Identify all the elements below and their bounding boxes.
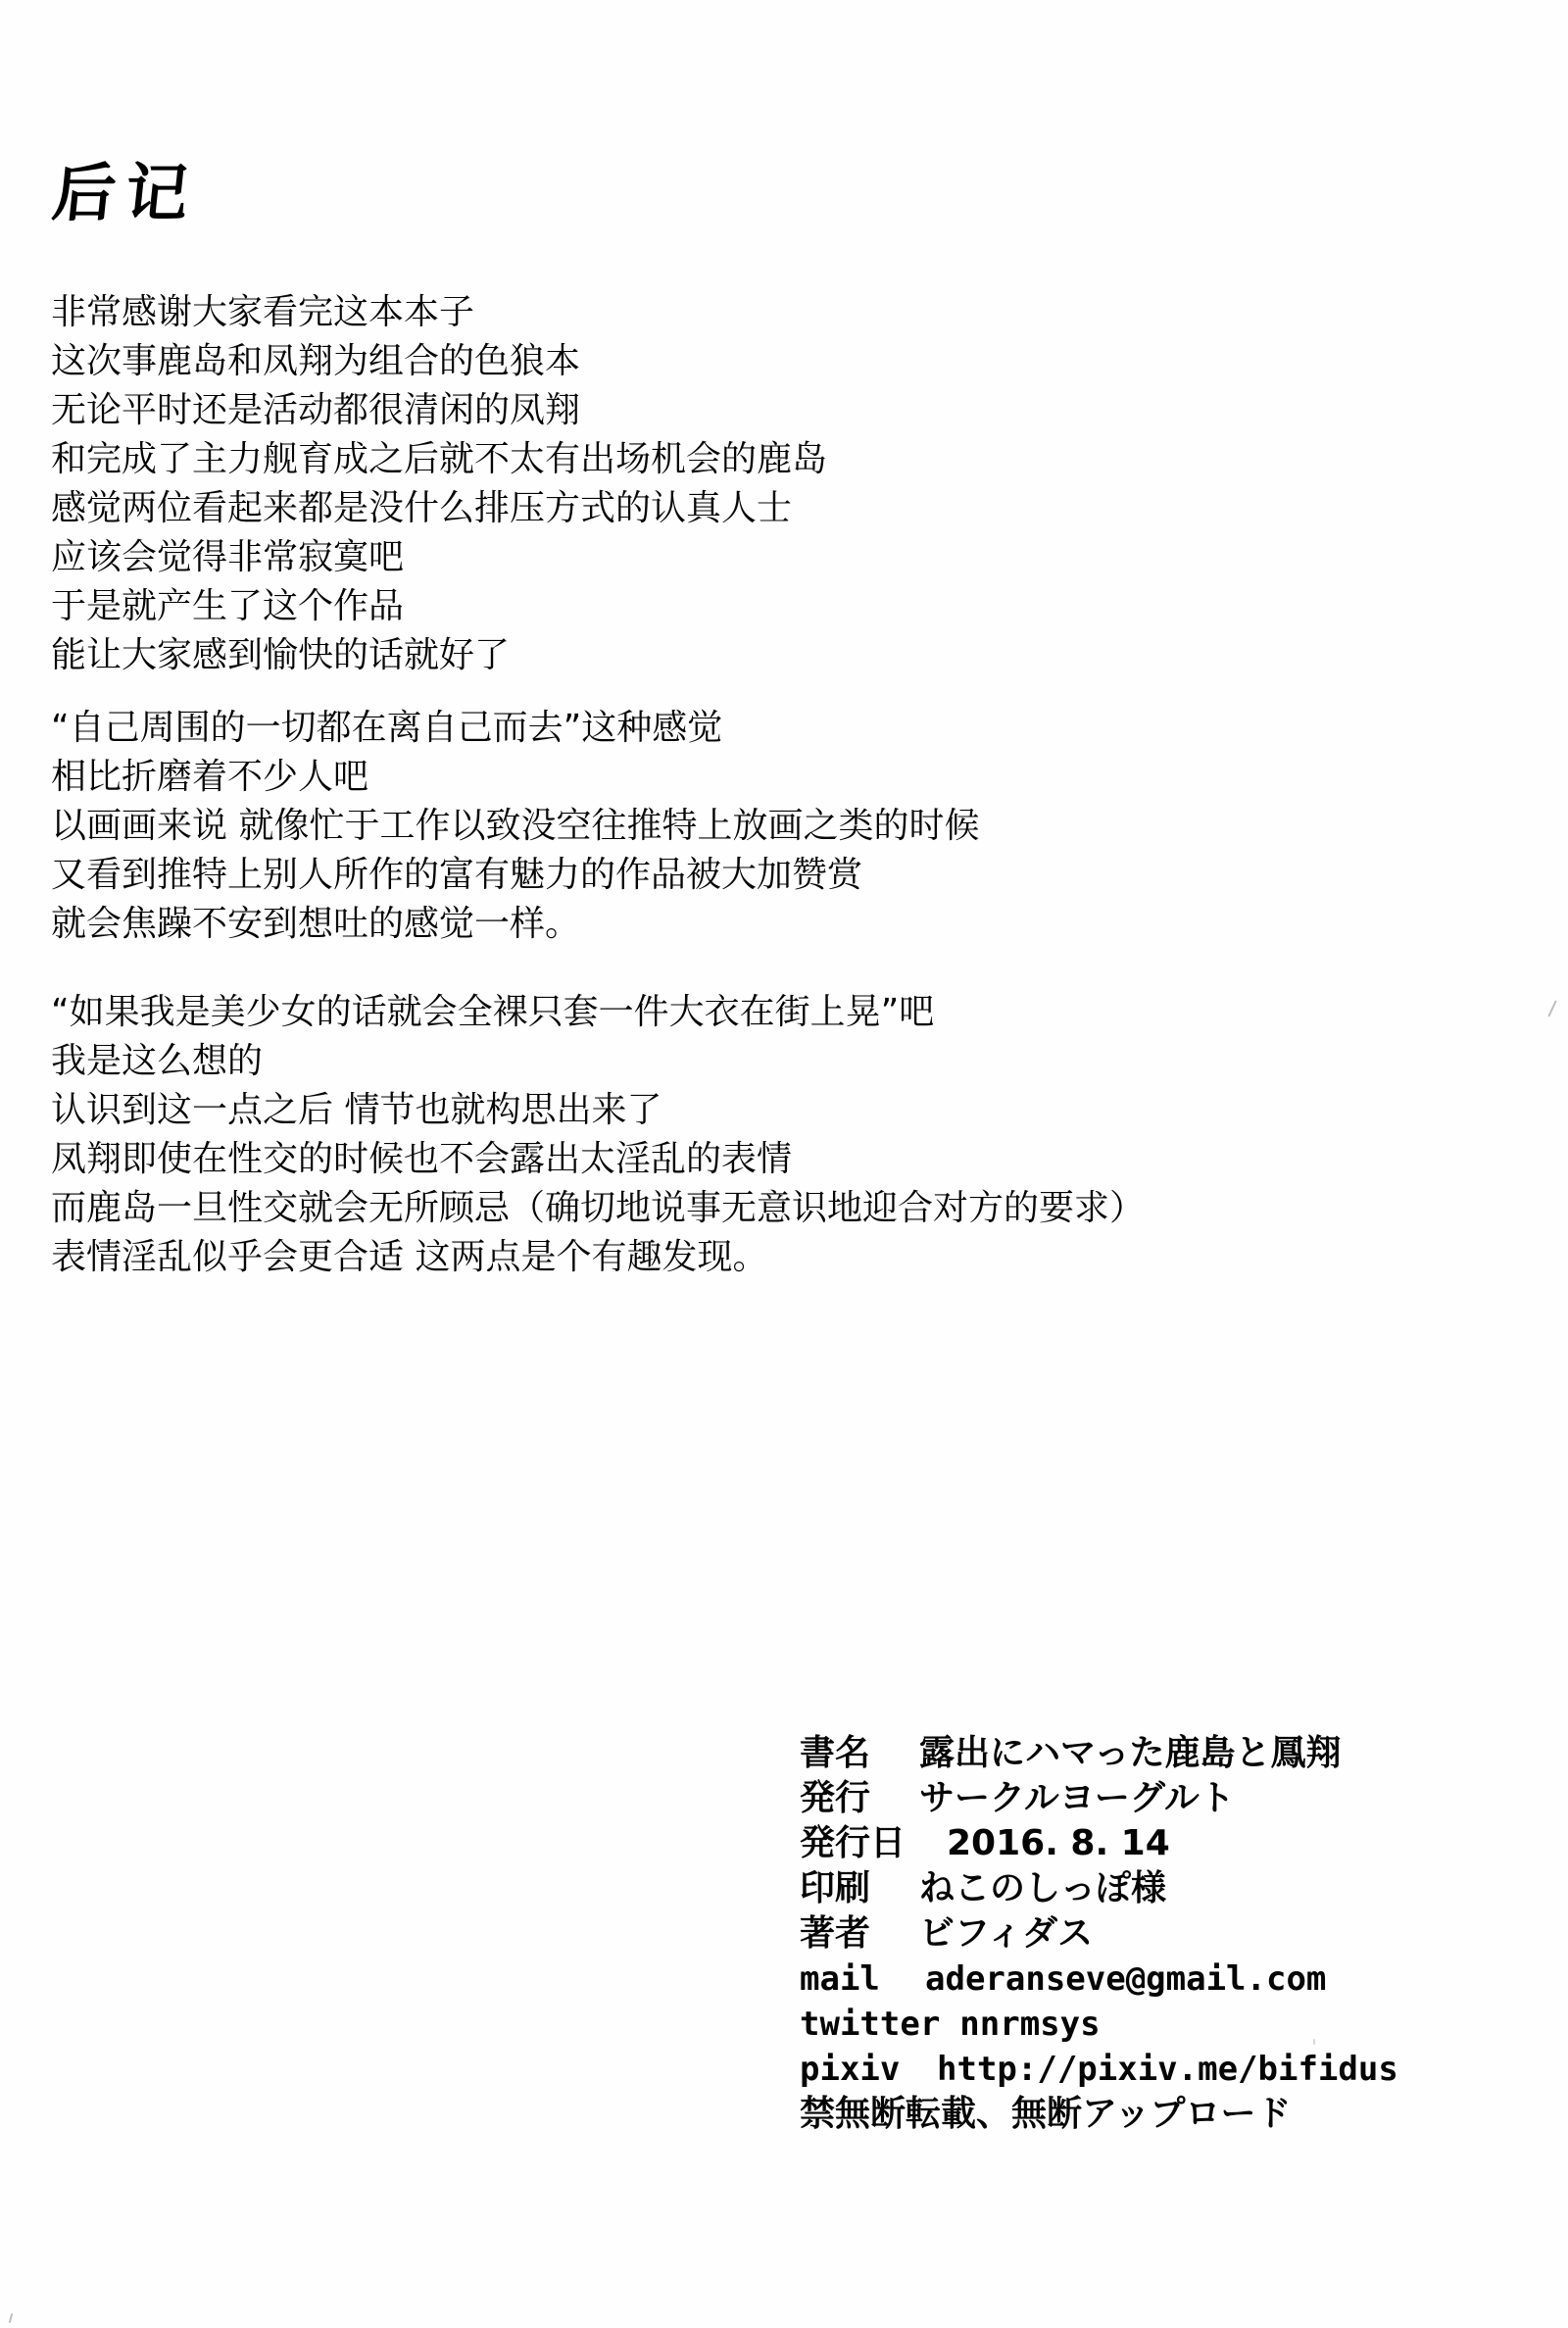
colophon-value: ねこのしっぽ様: [919, 1866, 1166, 1911]
scan-speck: [1313, 2039, 1315, 2045]
page-title: 后记: [49, 157, 202, 231]
paragraph-2: “自己周围的一切都在离自己而去”这种感觉 相比折磨着不少人吧 以画画来说 就像忙…: [51, 704, 979, 949]
text-line: 能让大家感到愉快的话就好了: [51, 631, 827, 680]
scan-speck: [1547, 1000, 1556, 1016]
colophon-mail: mail aderanseve@gmail.com: [800, 1957, 1398, 2002]
text-line: “如果我是美少女的话就会全裸只套一件大衣在街上晃”吧: [51, 988, 1145, 1037]
colophon-label: 発行日: [800, 1821, 947, 1866]
text-line: 我是这么想的: [51, 1037, 1145, 1086]
text-line: 以画画来说 就像忙于工作以致没空往推特上放画之类的时候: [51, 802, 979, 851]
text-line: 又看到推特上别人所作的富有魅力的作品被大加赞赏: [51, 851, 979, 900]
text-line: 凤翔即使在性交的时候也不会露出太淫乱的表情: [51, 1135, 1145, 1184]
email-text: aderanseve@gmail.com: [925, 1957, 1326, 2002]
afterword-page: 后记 非常感谢大家看完这本本子 这次事鹿岛和凤翔为组合的色狼本 无论平时还是活动…: [0, 0, 1568, 2328]
colophon-label: 発行: [800, 1776, 919, 1821]
text-line: 应该会觉得非常寂寞吧: [51, 533, 827, 582]
text-line: 这次事鹿岛和凤翔为组合的色狼本: [51, 337, 827, 386]
text-line: 而鹿岛一旦性交就会无所顾忌（确切地说事无意识地迎合对方的要求）: [51, 1184, 1145, 1233]
text-line: 相比折磨着不少人吧: [51, 753, 979, 802]
text-line: 表情淫乱似乎会更合适 这两点是个有趣发现。: [51, 1233, 1145, 1282]
colophon-notice: 禁無断転載、無断アップロード: [800, 2092, 1398, 2137]
text-line: “自己周围的一切都在离自己而去”这种感觉: [51, 704, 979, 753]
text-line: 感觉两位看起来都是没什么排压方式的认真人士: [51, 484, 827, 533]
colophon-label: 書名: [800, 1731, 919, 1776]
paragraph-1: 非常感谢大家看完这本本子 这次事鹿岛和凤翔为组合的色狼本 无论平时还是活动都很清…: [51, 288, 827, 680]
colophon-label: twitter: [800, 2002, 940, 2047]
colophon-publisher: 発行 サークルヨーグルト: [800, 1776, 1398, 1821]
scan-speck: [9, 2313, 14, 2323]
text-line: 非常感谢大家看完这本本子: [51, 288, 827, 337]
pixiv-url: http://pixiv.me/bifidus: [937, 2047, 1398, 2092]
copyright-notice: 禁無断転載、無断アップロード: [800, 2092, 1291, 2137]
colophon-label: pixiv: [800, 2047, 937, 2092]
colophon-label: mail: [800, 1957, 925, 2002]
colophon-author: 著者 ビフィダス: [800, 1911, 1398, 1957]
colophon-pixiv: pixiv http://pixiv.me/bifidus: [800, 2047, 1398, 2092]
colophon-twitter: twitter nnrmsys: [800, 2002, 1398, 2047]
colophon-date: 発行日 2016. 8. 14: [800, 1821, 1398, 1866]
colophon-value: ビフィダス: [919, 1911, 1093, 1957]
text-line: 于是就产生了这个作品: [51, 582, 827, 631]
colophon-label: 印刷: [800, 1866, 919, 1911]
colophon-book-title: 書名 露出にハマった鹿島と鳳翔: [800, 1731, 1398, 1776]
colophon-value: サークルヨーグルト: [919, 1776, 1235, 1821]
text-line: 和完成了主力舰育成之后就不太有出场机会的鹿岛: [51, 435, 827, 484]
colophon-printer: 印刷 ねこのしっぽ様: [800, 1866, 1398, 1911]
text-line: 无论平时还是活动都很清闲的凤翔: [51, 386, 827, 435]
colophon-value: 2016. 8. 14: [947, 1821, 1170, 1866]
colophon: 書名 露出にハマった鹿島と鳳翔 発行 サークルヨーグルト 発行日 2016. 8…: [800, 1731, 1398, 2137]
twitter-handle: nnrmsys: [959, 2002, 1100, 2047]
text-line: 就会焦躁不安到想吐的感觉一样。: [51, 900, 979, 949]
paragraph-3: “如果我是美少女的话就会全裸只套一件大衣在街上晃”吧 我是这么想的 认识到这一点…: [51, 988, 1145, 1282]
colophon-value: 露出にハマった鹿島と鳳翔: [919, 1731, 1342, 1776]
text-line: 认识到这一点之后 情节也就构思出来了: [51, 1086, 1145, 1135]
colophon-label: 著者: [800, 1911, 919, 1957]
